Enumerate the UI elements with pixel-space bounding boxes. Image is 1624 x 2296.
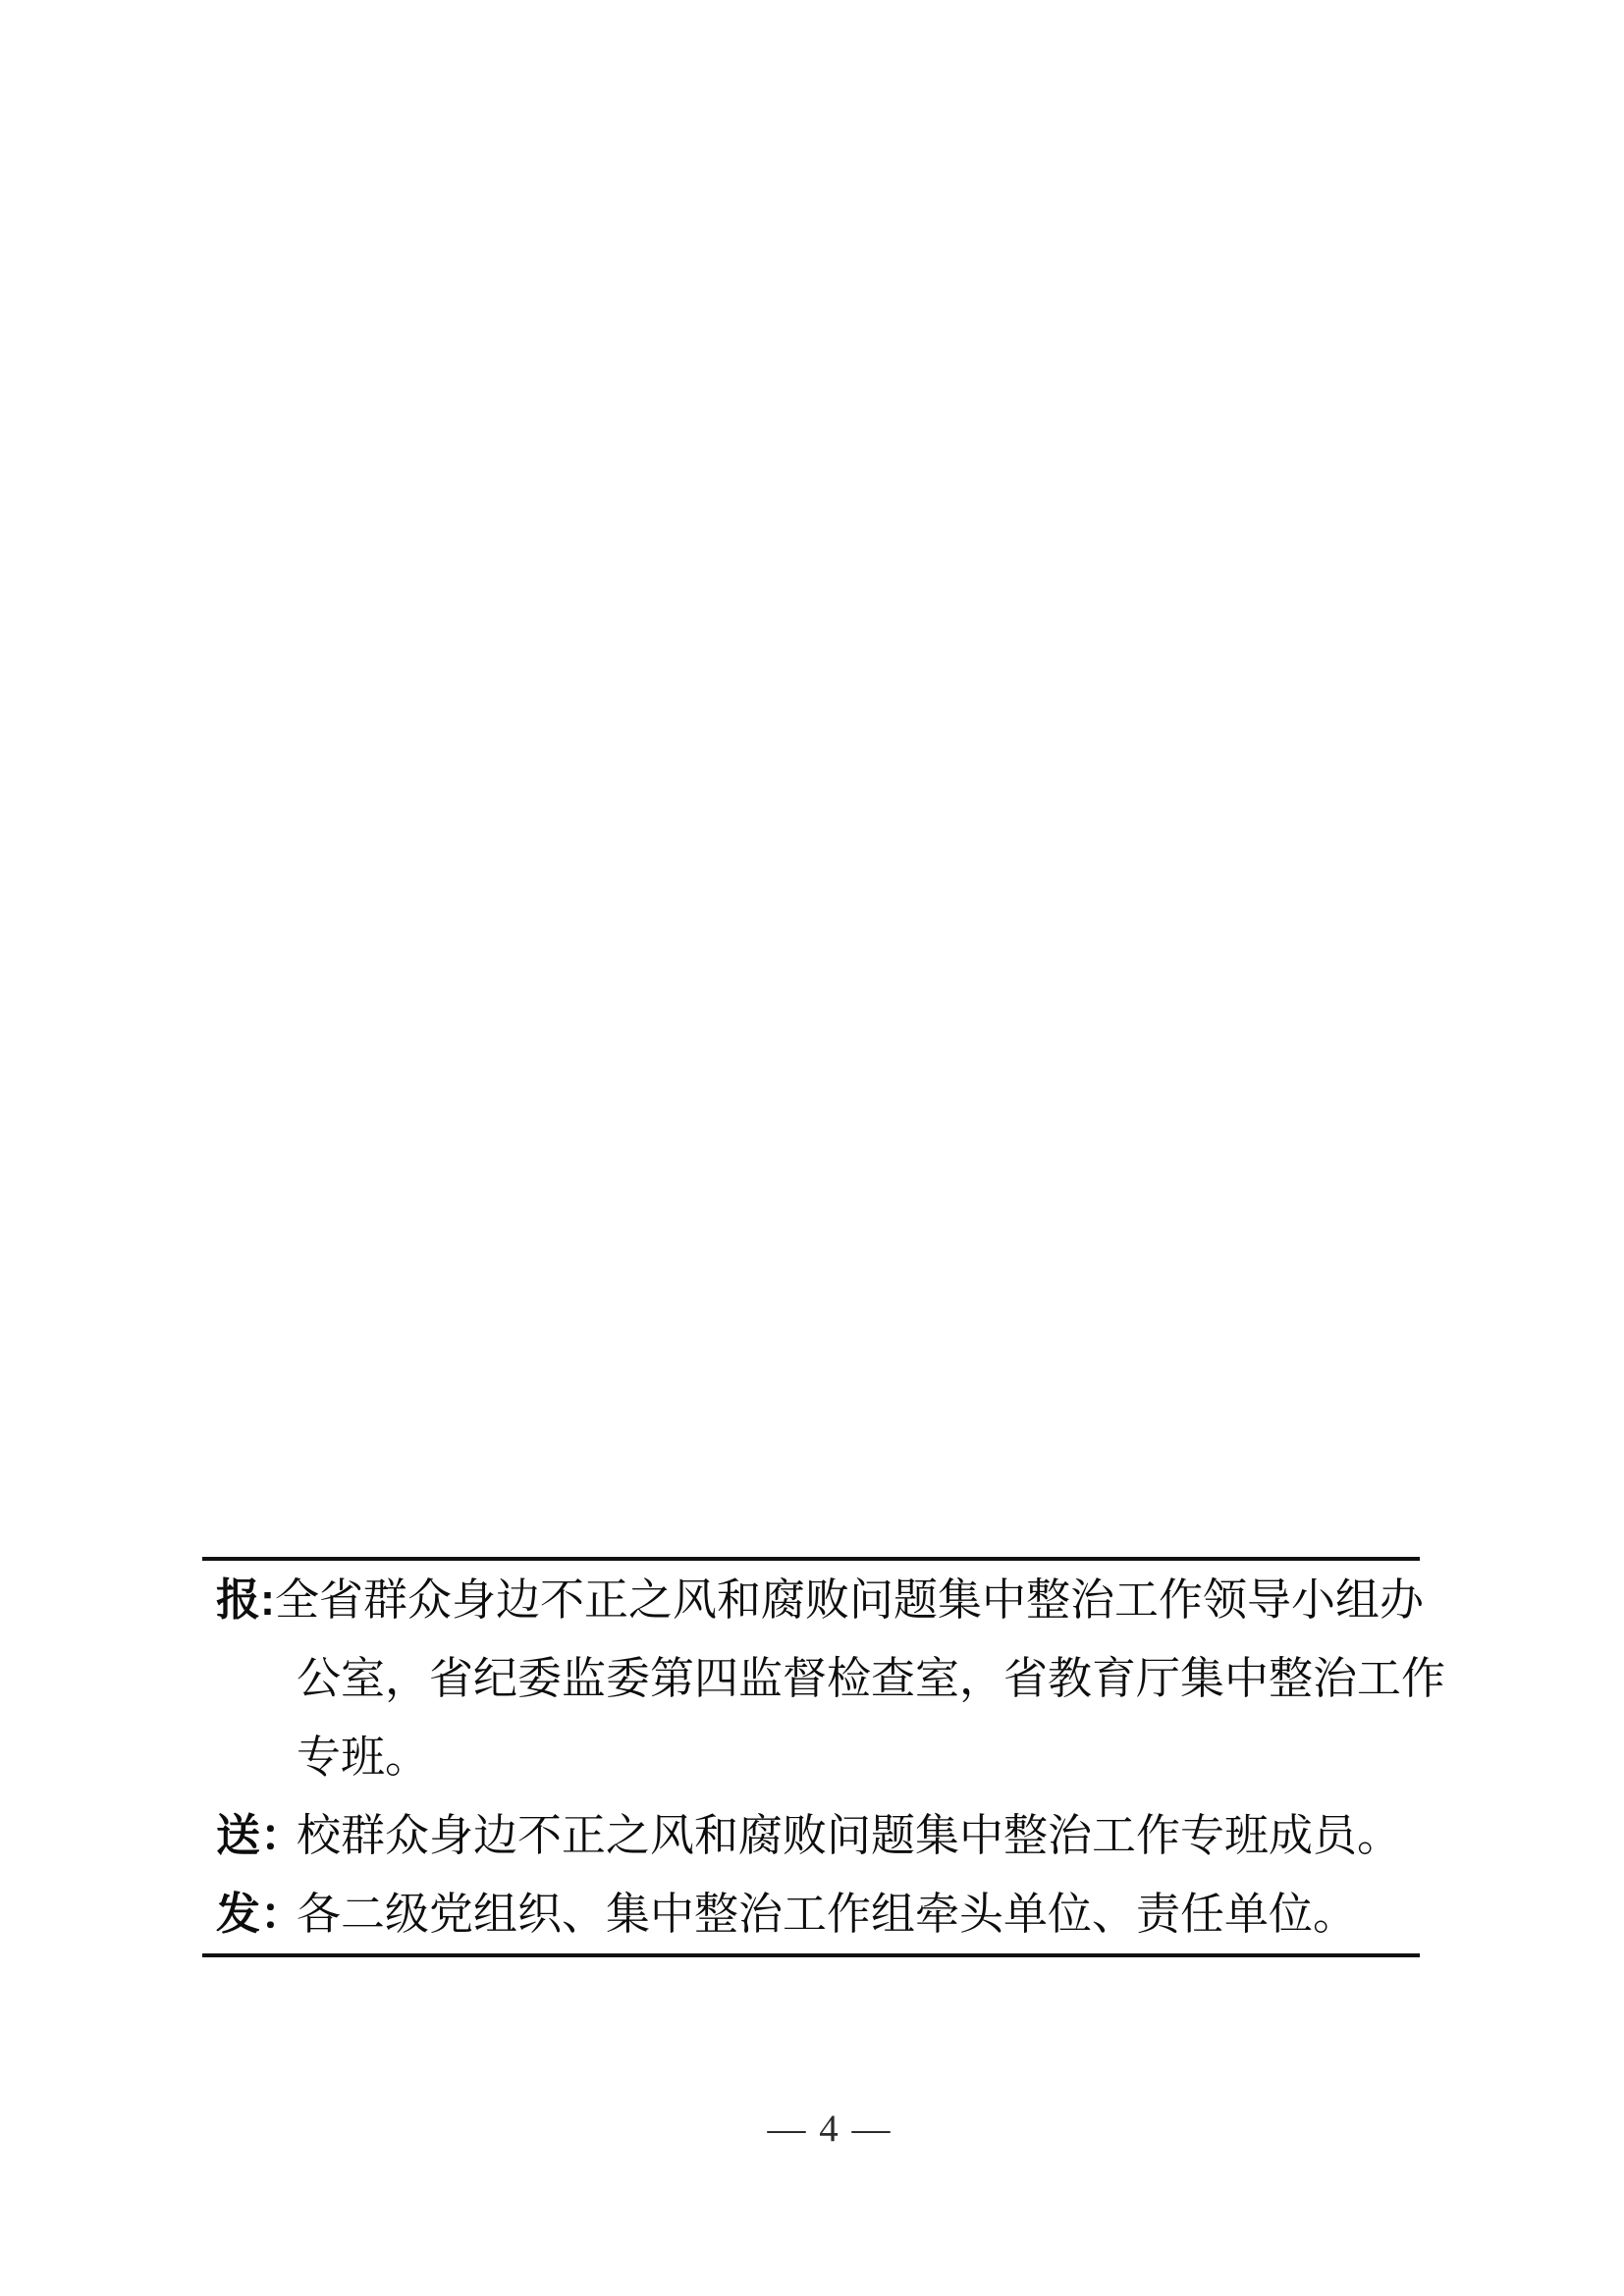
entry-bao-text-line-3: 专班。 <box>297 1733 429 1782</box>
document-page: 报:全省群众身边不正之风和腐败问题集中整治工作领导小组办 公室，省纪委监委第四监… <box>0 0 1624 2296</box>
distribution-entry-bao-line-2: 公室，省纪委监委第四监督检查室，省教育厅集中整治工作 <box>202 1639 1420 1718</box>
entry-song-text: 校群众身边不正之风和腐败问题集中整治工作专班成员。 <box>297 1811 1401 1860</box>
distribution-entries: 报:全省群众身边不正之风和腐败问题集中整治工作领导小组办 公室，省纪委监委第四监… <box>202 1561 1420 1953</box>
entry-fa-text: 各二级党组织、集中整治工作组牵头单位、责任单位。 <box>297 1890 1357 1939</box>
distribution-entry-bao-line-3: 专班。 <box>202 1718 1420 1796</box>
distribution-entry-song-line-1: 送：校群众身边不正之风和腐败问题集中整治工作专班成员。 <box>202 1796 1420 1875</box>
entry-bao-text-line-2: 公室，省纪委监委第四监督检查室，省教育厅集中整治工作 <box>297 1654 1445 1703</box>
entry-song-label: 送： <box>216 1796 297 1875</box>
page-number: — 4 — <box>0 2107 1624 2151</box>
entry-fa-label: 发： <box>216 1875 297 1953</box>
colophon-bottom-rule <box>202 1953 1420 1957</box>
colophon-block: 报:全省群众身边不正之风和腐败问题集中整治工作领导小组办 公室，省纪委监委第四监… <box>202 1557 1420 1957</box>
page-number-text: — 4 — <box>768 2107 893 2151</box>
entry-bao-label: 报: <box>216 1561 275 1639</box>
distribution-entry-bao-line-1: 报:全省群众身边不正之风和腐败问题集中整治工作领导小组办 <box>202 1561 1420 1639</box>
distribution-entry-fa-line-1: 发：各二级党组织、集中整治工作组牵头单位、责任单位。 <box>202 1875 1420 1953</box>
entry-bao-text-line-1: 全省群众身边不正之风和腐败问题集中整治工作领导小组办 <box>275 1575 1424 1625</box>
